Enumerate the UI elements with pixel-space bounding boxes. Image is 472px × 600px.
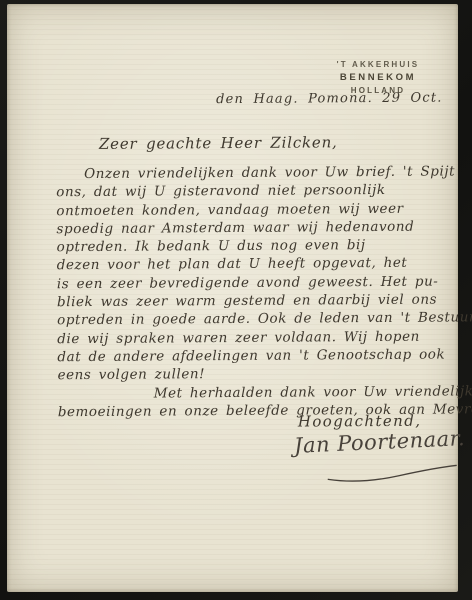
letter-line: spoedig naar Amsterdam waar wij hedenavo… xyxy=(56,217,452,238)
letter-line: dat de andere afdeelingen van 't Genoots… xyxy=(57,345,453,366)
signature: Jan Poortenaar. xyxy=(294,426,466,458)
handwriting-layer: den Haag. Pomona. 29 Oct. Zeer geachte H… xyxy=(5,2,460,593)
signature-flourish xyxy=(326,462,458,485)
valediction: Hoogachtend, xyxy=(298,412,422,431)
salutation: Zeer geachte Heer Zilcken, xyxy=(99,133,338,153)
letter-line: Onzen vriendelijken dank voor Uw brief. … xyxy=(56,162,452,183)
letter-body: Onzen vriendelijken dank voor Uw brief. … xyxy=(56,162,454,421)
letter-line: optreden in goede aarde. Ook de leden va… xyxy=(57,309,453,330)
letter-paper: 'T AKKERHUIS BENNEKOM HOLLAND den Haag. … xyxy=(7,4,458,592)
date-line: den Haag. Pomona. 29 Oct. xyxy=(216,91,443,108)
letter-line: dezen voor het plan dat U heeft opgevat,… xyxy=(57,254,453,275)
